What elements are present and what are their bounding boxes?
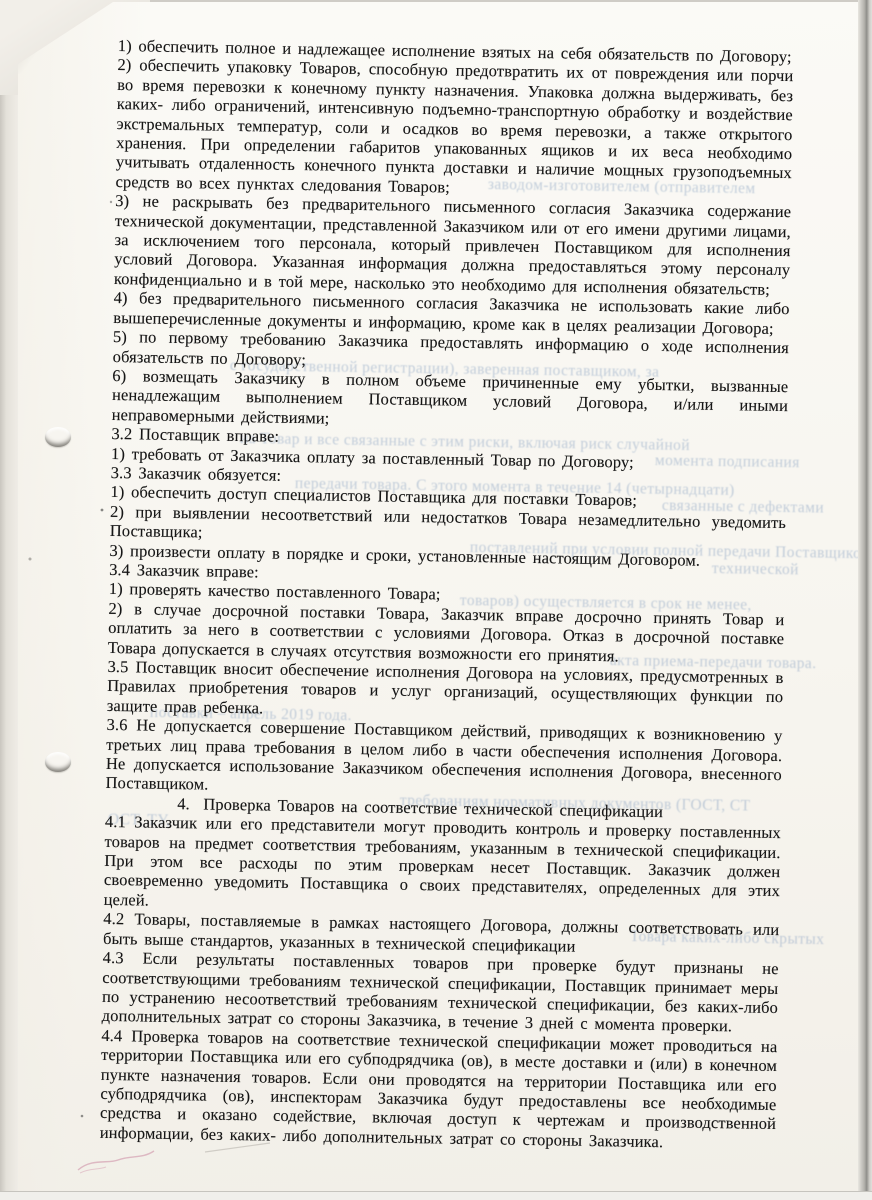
- paragraph: 3) не раскрывать без предварительного пи…: [114, 191, 792, 299]
- scan-edge-right: [858, 0, 872, 1200]
- paragraph: 4.1 Заказчик или его представители могут…: [104, 812, 782, 920]
- paragraph: 3.6 Не допускается совершение Поставщико…: [105, 715, 782, 804]
- paragraph: 2) обеспечить упаковку Товаров, способну…: [115, 55, 793, 202]
- paragraph: 4.3 Если результаты поставленных товаров…: [102, 948, 779, 1037]
- scanned-page: заводом-изготовителем (отправителемс гос…: [0, 0, 872, 1200]
- scan-edge-left: [0, 0, 18, 1200]
- paper-sheet: заводом-изготовителем (отправителемс гос…: [18, 2, 858, 1192]
- hole-punch-top: [45, 427, 71, 447]
- contract-text: 1) обеспечить полное и надлежащее исполн…: [100, 36, 794, 1153]
- scan-edge-bottom: [0, 1191, 872, 1200]
- hole-punch-bottom: [45, 752, 71, 772]
- paragraph: 4.4 Проверка товаров на соответствие тех…: [100, 1026, 778, 1154]
